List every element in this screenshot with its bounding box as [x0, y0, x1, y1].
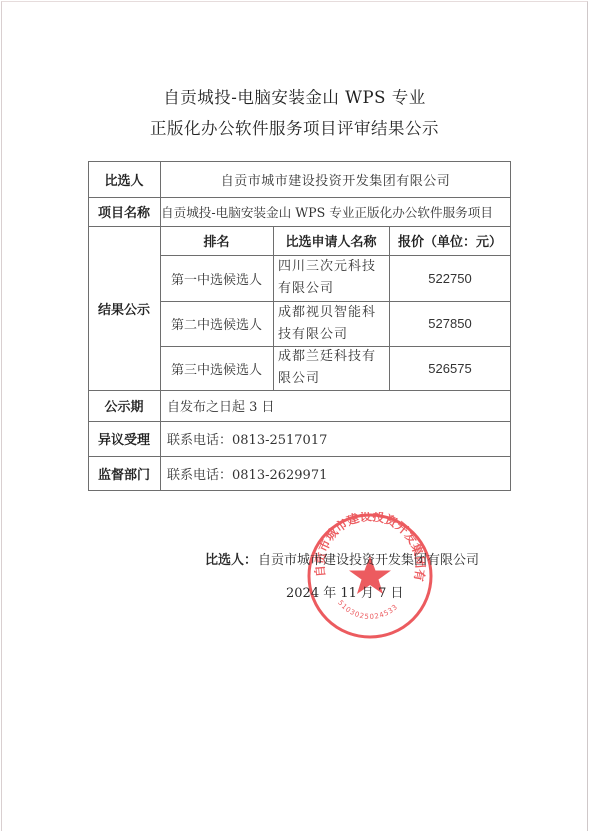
project-label: 项目名称 [88, 197, 160, 226]
objection-value: 联系电话：0813-2517017 [160, 421, 511, 456]
candidate-3-price: 526575 [389, 346, 511, 390]
signature-date: 2024 年 11 月 7 日 [286, 582, 404, 601]
header-price: 报价（单位：元） [389, 226, 511, 255]
candidate-3-rank: 第三中选候选人 [160, 346, 273, 390]
results-table: 比选人 自贡市城市建设投资开发集团有限公司 项目名称 自贡城投-电脑安装金山 W… [88, 161, 511, 491]
selector-value: 自贡市城市建设投资开发集团有限公司 [160, 161, 511, 197]
candidate-3-name: 成都兰廷科技有限公司 [273, 346, 389, 390]
candidate-1-price: 522750 [389, 255, 511, 301]
header-rank: 排名 [160, 226, 273, 255]
document-title-line2: 正版化办公软件服务项目评审结果公示 [0, 115, 589, 139]
selector-label: 比选人 [88, 161, 160, 197]
candidate-1-name: 四川三次元科技有限公司 [273, 255, 389, 301]
objection-label: 异议受理 [88, 421, 160, 456]
signature-label: 比选人： [205, 549, 257, 568]
period-label: 公示期 [88, 390, 160, 421]
candidate-2-name: 成都视贝智能科技有限公司 [273, 301, 389, 346]
candidate-2-rank: 第二中选候选人 [160, 301, 273, 346]
results-label: 结果公示 [88, 226, 160, 390]
project-value: 自贡城投-电脑安装金山 WPS 专业正版化办公软件服务项目 [160, 197, 511, 226]
period-value: 自发布之日起 3 日 [160, 390, 511, 421]
candidate-2-price: 527850 [389, 301, 511, 346]
header-applicant-name: 比选申请人名称 [273, 226, 389, 255]
document-title-line1: 自贡城投-电脑安装金山 WPS 专业 [0, 84, 589, 108]
signature-value: 自贡市城市建设投资开发集团有限公司 [258, 549, 479, 568]
supervision-label: 监督部门 [88, 456, 160, 490]
supervision-value: 联系电话：0813-2629971 [160, 456, 511, 490]
candidate-1-rank: 第一中选候选人 [160, 255, 273, 301]
table-border-bottom [88, 490, 511, 491]
